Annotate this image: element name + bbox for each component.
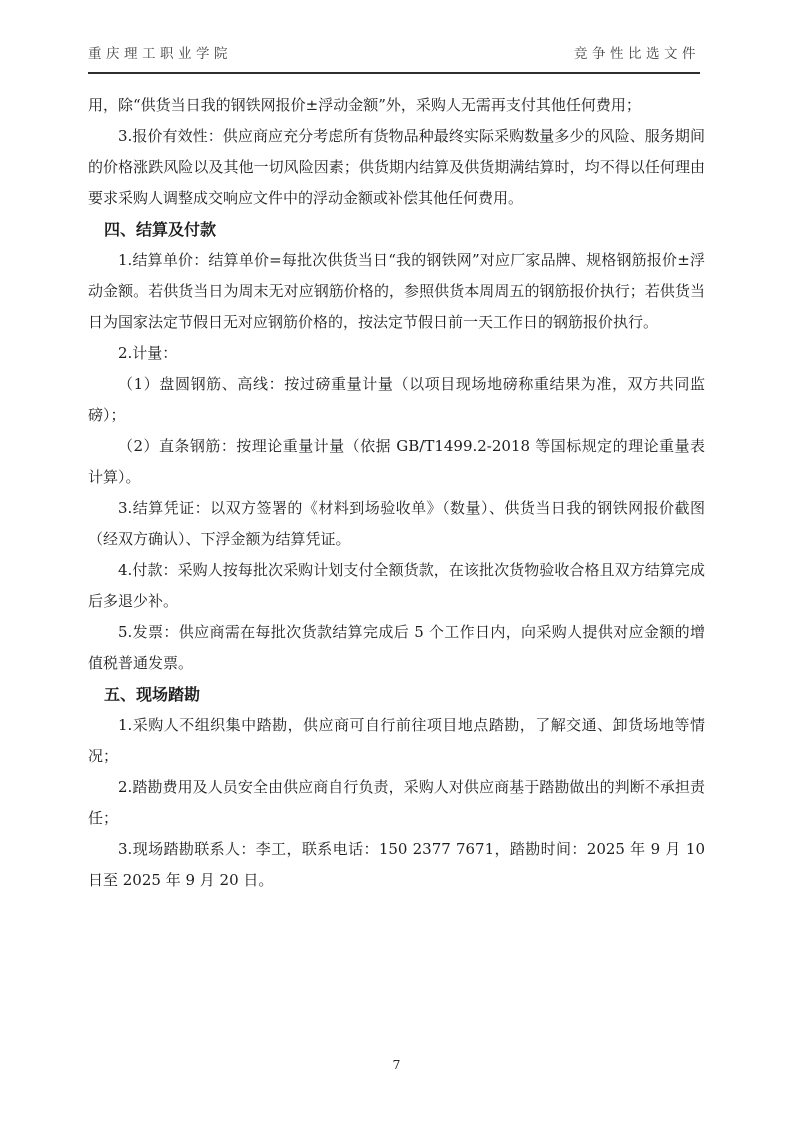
section-heading-4: 四、结算及付款 — [88, 214, 705, 245]
paragraph: 5.发票：供应商需在每批次货款结算完成后 5 个工作日内，向采购人提供对应金额的… — [88, 617, 705, 679]
header-doc-type: 竞争性比选文件 — [574, 46, 700, 63]
section-heading-5: 五、现场踏勘 — [88, 679, 705, 710]
paragraph: （1）盘圆钢筋、高线：按过磅重量计量（以项目现场地磅称重结果为准，双方共同监磅）… — [88, 369, 705, 431]
paragraph: 4.付款：采购人按每批次采购计划支付全额货款，在该批次货物验收合格且双方结算完成… — [88, 555, 705, 617]
paragraph: 2.踏勘费用及人员安全由供应商自行负责，采购人对供应商基于踏勘做出的判断不承担责… — [88, 772, 705, 834]
paragraph: 2.计量： — [88, 338, 705, 369]
paragraph: 1.结算单价：结算单价=每批次供货当日“我的钢铁网”对应厂家品牌、规格钢筋报价±… — [88, 245, 705, 338]
page-footer: 7 — [0, 1058, 793, 1072]
paragraph-continuation: 用，除“供货当日我的钢铁网报价±浮动金额”外，采购人无需再支付其他任何费用； — [88, 90, 705, 121]
paragraph: 3.结算凭证：以双方签署的《材料到场验收单》（数量）、供货当日我的钢铁网报价截图… — [88, 493, 705, 555]
document-page: 重庆理工职业学院 竞争性比选文件 用，除“供货当日我的钢铁网报价±浮动金额”外，… — [0, 0, 793, 1122]
paragraph: 3.报价有效性：供应商应充分考虑所有货物品种最终实际采购数量多少的风险、服务期间… — [88, 121, 705, 214]
page-header: 重庆理工职业学院 竞争性比选文件 — [88, 46, 700, 74]
document-body: 用，除“供货当日我的钢铁网报价±浮动金额”外，采购人无需再支付其他任何费用； 3… — [88, 90, 705, 896]
paragraph: （2）直条钢筋：按理论重量计量（依据 GB/T1499.2-2018 等国标规定… — [88, 431, 705, 493]
paragraph: 3.现场踏勘联系人：李工，联系电话：150 2377 7671，踏勘时间：202… — [88, 834, 705, 896]
header-organization: 重庆理工职业学院 — [88, 46, 232, 63]
paragraph: 1.采购人不组织集中踏勘，供应商可自行前往项目地点踏勘，了解交通、卸货场地等情况… — [88, 710, 705, 772]
page-number: 7 — [393, 1057, 401, 1072]
